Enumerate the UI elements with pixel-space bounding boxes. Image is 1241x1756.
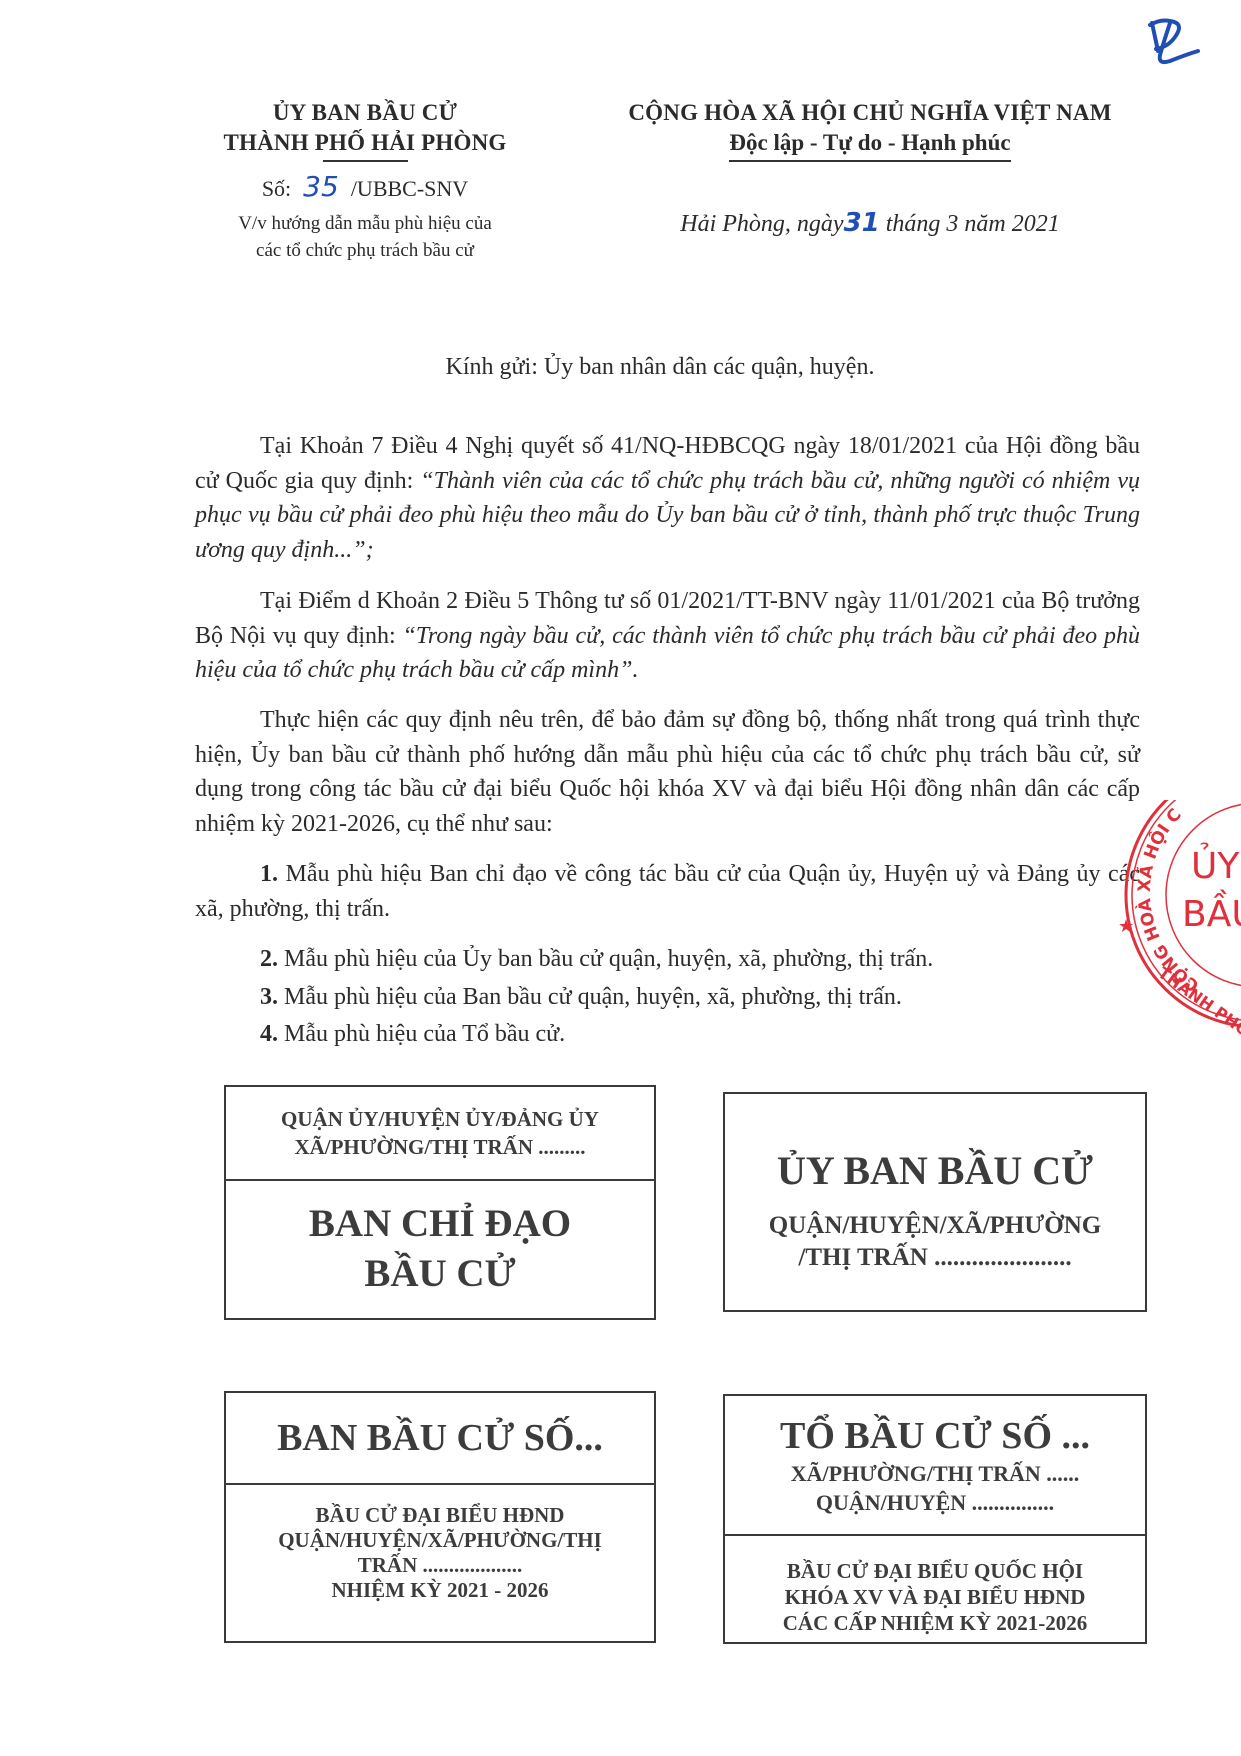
badge4-bottom2: KHÓA XV VÀ ĐẠI BIỂU HĐND [725,1584,1145,1610]
document-date: Hải Phòng, ngày31 tháng 3 năm 2021 [600,208,1140,238]
badge4-header: TỔ BẦU CỬ SỐ ... XÃ/PHƯỜNG/THỊ TRẤN ....… [725,1396,1145,1534]
badge-election-board: BAN BẦU CỬ SỐ... BẦU CỬ ĐẠI BIỂU HĐND QU… [224,1391,656,1643]
star-icon: ★ [1118,916,1134,937]
badge2-title: ỦY BAN BẦU CỬ [725,1146,1145,1196]
list-item: 3. Mẫu phù hiệu của Ban bầu cử quận, huy… [195,980,1140,1015]
seal-center-line1: ỦY [1191,842,1240,887]
badge-election-committee: ỦY BAN BẦU CỬ QUẬN/HUYỆN/XÃ/PHƯỜNG /THỊ … [723,1092,1147,1312]
nation-title: CỘNG HÒA XÃ HỘI CHỦ NGHĨA VIỆT NAM [580,98,1160,128]
docno-prefix: Số: [262,176,291,201]
badge1-line1: QUẬN ỦY/HUYỆN ỦY/ĐẢNG ỦY [226,1105,654,1133]
seal-bottom-text: THÀNH PHỐ [1154,961,1241,1040]
date-suffix: tháng 3 năm 2021 [880,211,1060,237]
badge-steering-committee: QUẬN ỦY/HUYỆN ỦY/ĐẢNG ỦY XÃ/PHƯỜNG/THỊ T… [224,1085,656,1320]
document-subject: V/v hướng dẫn mẫu phù hiệu của các tổ ch… [190,210,540,264]
badge1-title-line2: BẦU CỬ [226,1249,654,1299]
item-text: Mẫu phù hiệu Ban chỉ đạo về công tác bầu… [195,861,1140,922]
badge3-body: BẦU CỬ ĐẠI BIỂU HĐND QUẬN/HUYỆN/XÃ/PHƯỜN… [226,1483,654,1603]
org-underline [323,160,408,162]
badge1-line2: XÃ/PHƯỜNG/THỊ TRẤN ......... [226,1133,654,1161]
national-motto: CỘNG HÒA XÃ HỘI CHỦ NGHĨA VIỆT NAM Độc l… [580,98,1160,162]
seal-center-line2: BẦU [1182,889,1241,935]
item-number: 4. [260,1021,278,1047]
subject-line1: V/v hướng dẫn mẫu phù hiệu của [190,210,540,237]
p3-text: Thực hiện các quy định nêu trên, để bảo … [195,707,1140,837]
docno-handwritten: 35 [291,170,351,203]
paragraph-1: Tại Khoản 7 Điều 4 Nghị quyết số 41/NQ-H… [195,429,1140,567]
recipient-line: Kính gửi: Ủy ban nhân dân các quận, huyệ… [180,354,1140,381]
badge3-line2: QUẬN/HUYỆN/XÃ/PHƯỜNG/THỊ [226,1528,654,1553]
date-prefix: Hải Phòng, ngày [680,211,843,237]
badge4-title: TỔ BẦU CỬ SỐ ... [725,1413,1145,1459]
badge3-line3: TRẤN ................... [226,1553,654,1578]
badge4-line1: XÃ/PHƯỜNG/THỊ TRẤN ...... [725,1459,1145,1488]
item-text: Mẫu phù hiệu của Ủy ban bầu cử quận, huy… [278,946,933,972]
nation-motto: Độc lập - Tự do - Hạnh phúc [729,128,1010,162]
list-item: 1. Mẫu phù hiệu Ban chỉ đạo về công tác … [195,857,1140,926]
badge2-sub-line2: /THỊ TRẤN ...................... [725,1242,1145,1274]
signature-mark [1130,5,1210,70]
badge4-bottom1: BẦU CỬ ĐẠI BIỂU QUỐC HỘI [725,1558,1145,1584]
document-number: Số:35/UBBC-SNV [190,172,540,204]
paragraph-2: Tại Điểm d Khoản 2 Điều 5 Thông tư số 01… [195,584,1140,688]
issuing-organization: ỦY BAN BẦU CỬ THÀNH PHỐ HẢI PHÒNG Số:35/… [190,98,540,264]
badge2-sub-line1: QUẬN/HUYỆN/XÃ/PHƯỜNG [725,1210,1145,1242]
badge4-line2: QUẬN/HUYỆN ............... [725,1488,1145,1517]
item-text: Mẫu phù hiệu của Ban bầu cử quận, huyện,… [278,984,902,1010]
badge1-body: BAN CHỈ ĐẠO BẦU CỬ [226,1179,654,1299]
item-number: 1. [260,861,278,887]
badge4-body: BẦU CỬ ĐẠI BIỂU QUỐC HỘI KHÓA XV VÀ ĐẠI … [725,1534,1145,1636]
subject-line2: các tổ chức phụ trách bầu cử [190,237,540,264]
item-number: 2. [260,946,278,972]
list-item: 4. Mẫu phù hiệu của Tổ bầu cử. [195,1017,1140,1052]
org-name-line1: ỦY BAN BẦU CỬ [190,98,540,128]
badge4-bottom3: CÁC CẤP NHIỆM KỲ 2021-2026 [725,1610,1145,1636]
badge3-line1: BẦU CỬ ĐẠI BIỂU HĐND [226,1503,654,1528]
badge1-header: QUẬN ỦY/HUYỆN ỦY/ĐẢNG ỦY XÃ/PHƯỜNG/THỊ T… [226,1087,654,1179]
badge1-title-line1: BAN CHỈ ĐẠO [226,1199,654,1249]
org-name-line2: THÀNH PHỐ HẢI PHÒNG [190,128,540,158]
date-day-handwritten: 31 [844,208,880,238]
item-text: Mẫu phù hiệu của Tổ bầu cử. [278,1021,565,1047]
badge-election-team: TỔ BẦU CỬ SỐ ... XÃ/PHƯỜNG/THỊ TRẤN ....… [723,1394,1147,1644]
paragraph-3: Thực hiện các quy định nêu trên, để bảo … [195,703,1140,841]
list-item: 2. Mẫu phù hiệu của Ủy ban bầu cử quận, … [195,942,1140,977]
docno-suffix: /UBBC-SNV [351,176,468,201]
item-number: 3. [260,984,278,1010]
official-seal-stamp: CỘNG HOÀ XÃ HỘI C ★ ỦY BẦU THÀNH PHỐ [1108,800,1241,1040]
badge2-subtitle: QUẬN/HUYỆN/XÃ/PHƯỜNG /THỊ TRẤN .........… [725,1210,1145,1274]
badge3-line4: NHIỆM KỲ 2021 - 2026 [226,1578,654,1603]
badge3-title: BAN BẦU CỬ SỐ... [226,1393,654,1483]
